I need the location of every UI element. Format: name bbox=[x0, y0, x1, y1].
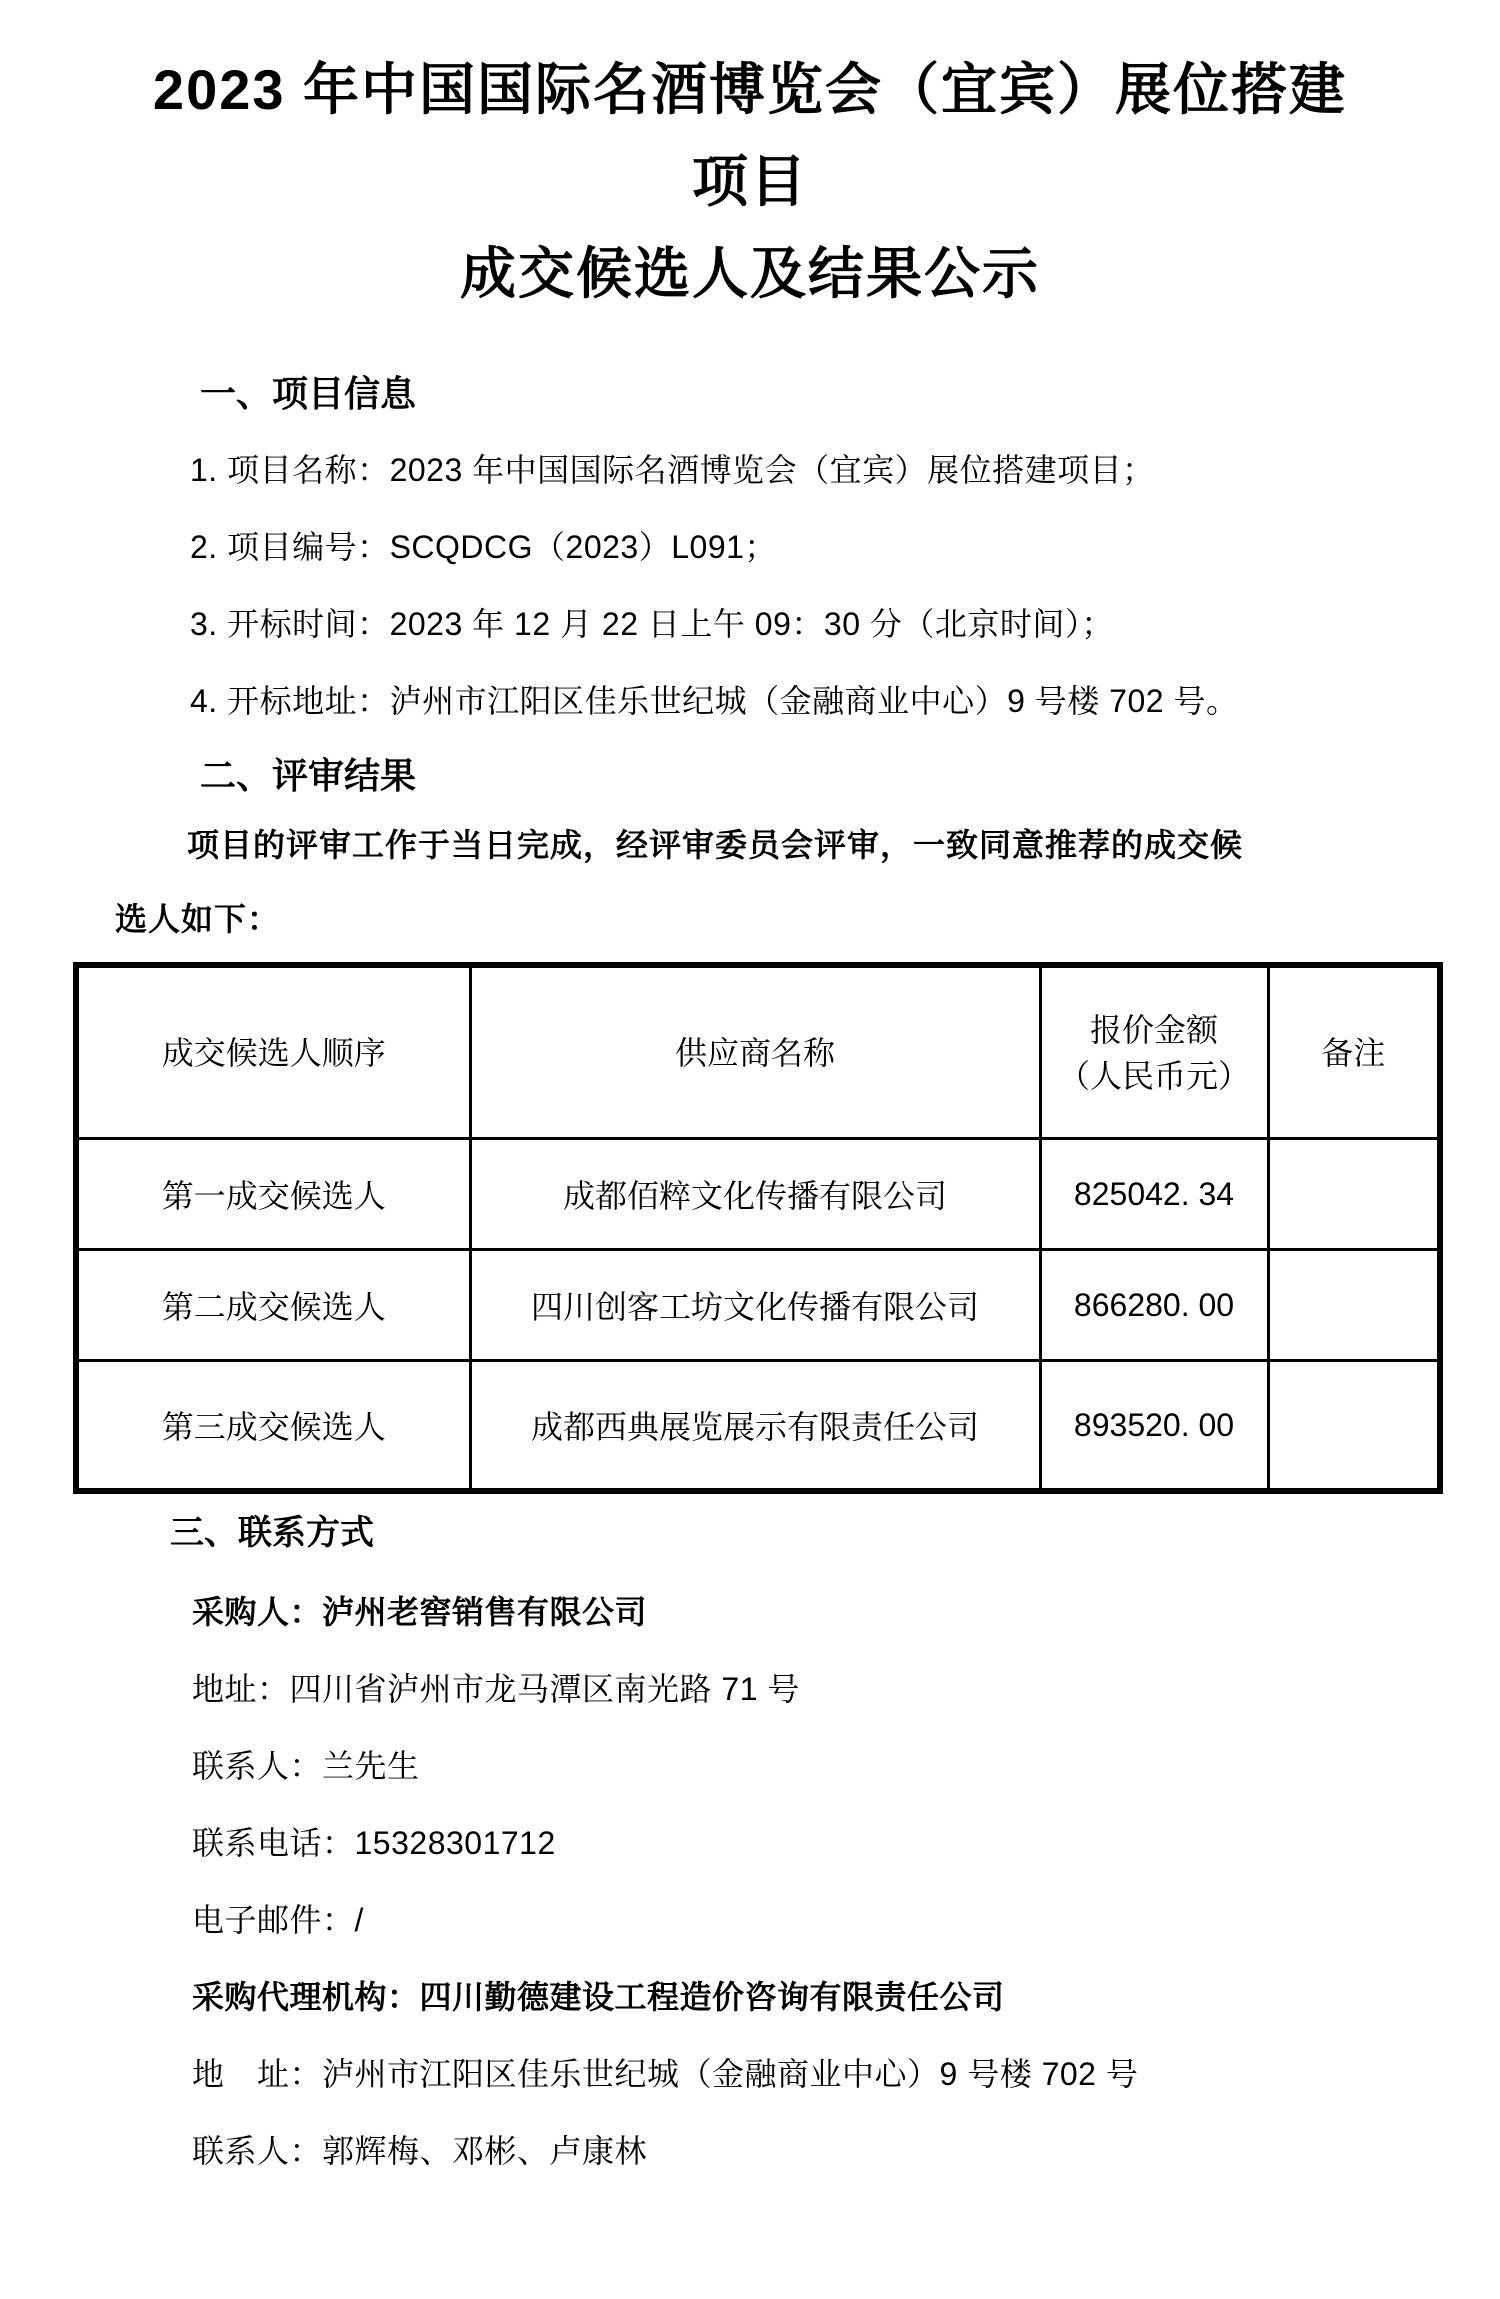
section-heading-project-info: 一、项目信息 bbox=[200, 372, 1500, 416]
purchaser-line: 采购人：泸州老窖销售有限公司 bbox=[192, 1574, 1500, 1651]
purchaser-address-line: 地址：四川省泸州市龙马潭区南光路 71 号 bbox=[192, 1651, 1500, 1728]
purchaser-phone-line: 联系电话：15328301712 bbox=[192, 1805, 1500, 1882]
purchaser-contact-person-line: 联系人：兰先生 bbox=[192, 1728, 1500, 1805]
table-row-second-candidate: 第二成交候选人 四川创客工坊文化传播有限公司 866280. 00 bbox=[76, 1250, 1440, 1361]
supplier-cell: 成都西典展览展示有限责任公司 bbox=[470, 1361, 1040, 1492]
agency-line: 采购代理机构：四川勤德建设工程造价咨询有限责任公司 bbox=[192, 1959, 1500, 2036]
remark-cell bbox=[1268, 1139, 1440, 1250]
candidates-table: 成交候选人顺序 供应商名称 报价金额 （人民币元） 备注 第一成交候选人 成都佰… bbox=[73, 962, 1443, 1494]
table-row-third-candidate: 第三成交候选人 成都西典展览展示有限责任公司 893520. 00 bbox=[76, 1361, 1440, 1492]
rank-cell: 第二成交候选人 bbox=[76, 1250, 470, 1361]
review-paragraph-line-2: 选人如下： bbox=[115, 882, 1500, 956]
section-heading-contact: 三、联系方式 bbox=[170, 1512, 1500, 1554]
header-supplier: 供应商名称 bbox=[470, 965, 1040, 1139]
header-price-line-1: 报价金额 bbox=[1042, 1007, 1267, 1053]
header-price: 报价金额 （人民币元） bbox=[1040, 965, 1268, 1139]
remark-cell bbox=[1268, 1361, 1440, 1492]
price-cell: 893520. 00 bbox=[1040, 1361, 1268, 1492]
agency-contact-person-line: 联系人：郭辉梅、邓彬、卢康林 bbox=[192, 2113, 1500, 2190]
bid-opening-address-line: 4. 开标地址：泸州市江阳区佳乐世纪城（金融商业中心）9 号楼 702 号。 bbox=[190, 663, 1500, 740]
price-cell: 866280. 00 bbox=[1040, 1250, 1268, 1361]
contact-info-block: 采购人：泸州老窖销售有限公司 地址：四川省泸州市龙马潭区南光路 71 号 联系人… bbox=[0, 1574, 1500, 2190]
agency-address-line: 地 址：泸州市江阳区佳乐世纪城（金融商业中心）9 号楼 702 号 bbox=[192, 2036, 1500, 2113]
supplier-cell: 四川创客工坊文化传播有限公司 bbox=[470, 1250, 1040, 1361]
rank-cell: 第三成交候选人 bbox=[76, 1361, 470, 1492]
table-row-first-candidate: 第一成交候选人 成都佰粹文化传播有限公司 825042. 34 bbox=[76, 1139, 1440, 1250]
header-price-line-2: （人民币元） bbox=[1042, 1053, 1267, 1099]
review-paragraph-line-1: 项目的评审工作于当日完成，经评审委员会评审，一致同意推荐的成交候 bbox=[115, 808, 1500, 882]
bid-opening-time-line: 3. 开标时间：2023 年 12 月 22 日上午 09：30 分（北京时间）… bbox=[190, 586, 1500, 663]
project-info-list: 1. 项目名称：2023 年中国国际名酒博览会（宜宾）展位搭建项目； 2. 项目… bbox=[0, 432, 1500, 740]
review-result-paragraph: 项目的评审工作于当日完成，经评审委员会评审，一致同意推荐的成交候 选人如下： bbox=[0, 808, 1500, 956]
project-name-line: 1. 项目名称：2023 年中国国际名酒博览会（宜宾）展位搭建项目； bbox=[190, 432, 1500, 509]
purchaser-email-line: 电子邮件：/ bbox=[192, 1882, 1500, 1959]
rank-cell: 第一成交候选人 bbox=[76, 1139, 470, 1250]
price-cell: 825042. 34 bbox=[1040, 1139, 1268, 1250]
table-header-row: 成交候选人顺序 供应商名称 报价金额 （人民币元） 备注 bbox=[76, 965, 1440, 1139]
title-line-1: 2023 年中国国际名酒博览会（宜宾）展位搭建 bbox=[0, 44, 1500, 136]
header-rank: 成交候选人顺序 bbox=[76, 965, 470, 1139]
supplier-cell: 成都佰粹文化传播有限公司 bbox=[470, 1139, 1040, 1250]
project-number-line: 2. 项目编号：SCQDCG（2023）L091； bbox=[190, 509, 1500, 586]
document-page: 2023 年中国国际名酒博览会（宜宾）展位搭建 项目 成交候选人及结果公示 一、… bbox=[0, 0, 1500, 2299]
remark-cell bbox=[1268, 1250, 1440, 1361]
section-heading-review-result: 二、评审结果 bbox=[200, 754, 1500, 798]
title-line-2: 项目 bbox=[0, 136, 1500, 228]
header-remark: 备注 bbox=[1268, 965, 1440, 1139]
document-title: 2023 年中国国际名酒博览会（宜宾）展位搭建 项目 成交候选人及结果公示 bbox=[0, 0, 1500, 320]
title-line-3: 成交候选人及结果公示 bbox=[0, 228, 1500, 320]
